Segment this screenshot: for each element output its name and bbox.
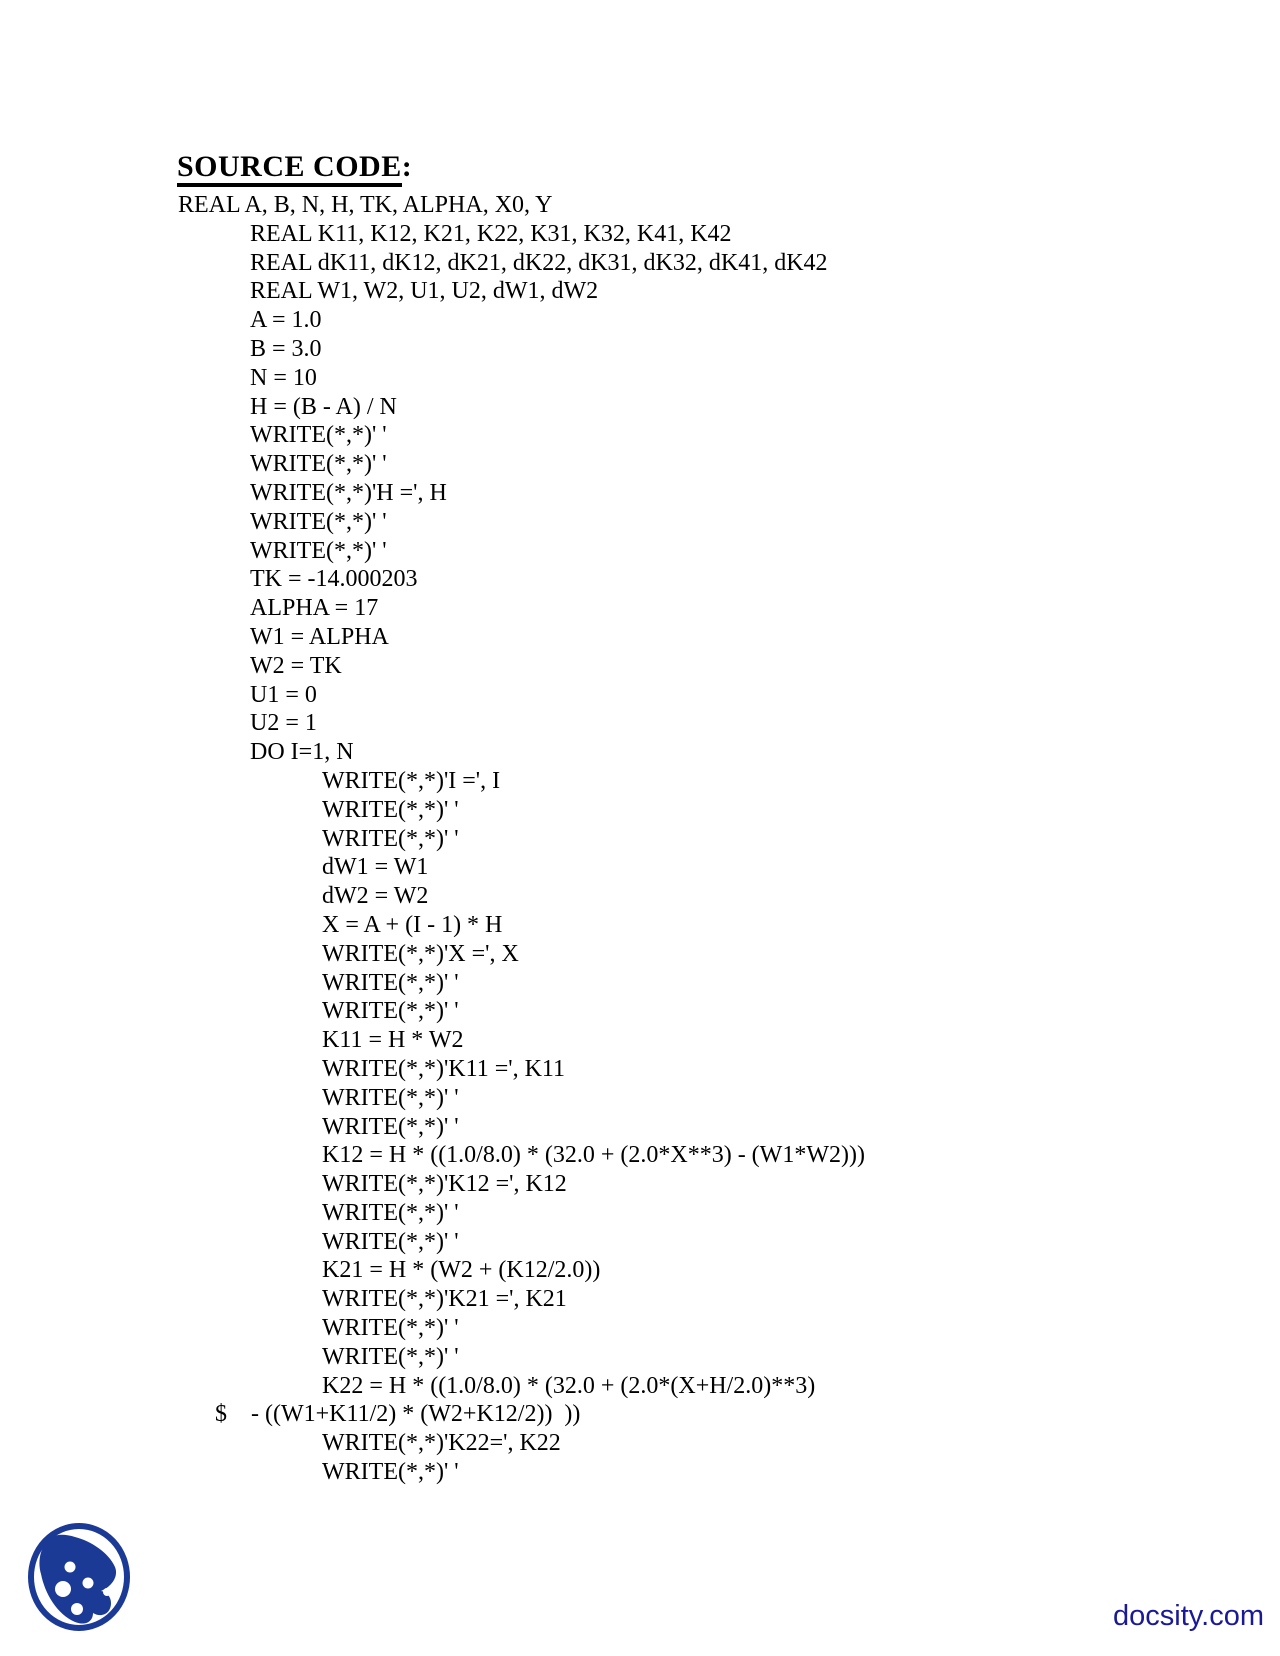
code-line: DO I=1, N <box>0 738 1280 767</box>
code-line: U1 = 0 <box>0 681 1280 710</box>
code-line: REAL dK11, dK12, dK21, dK22, dK31, dK32,… <box>0 249 1280 278</box>
code-line: WRITE(*,*)' ' <box>0 796 1280 825</box>
page-title-text: SOURCE CODE <box>177 152 402 187</box>
code-line: WRITE(*,*)' ' <box>0 508 1280 537</box>
code-line: WRITE(*,*)'X =', X <box>0 940 1280 969</box>
code-line: W1 = ALPHA <box>0 623 1280 652</box>
code-line: K11 = H * W2 <box>0 1026 1280 1055</box>
code-line: WRITE(*,*)'K22=', K22 <box>0 1429 1280 1458</box>
code-line: A = 1.0 <box>0 306 1280 335</box>
page-title-colon: : <box>402 150 413 183</box>
docsity-logo <box>27 1521 131 1633</box>
code-line: WRITE(*,*)' ' <box>0 825 1280 854</box>
code-line: WRITE(*,*)' ' <box>0 1343 1280 1372</box>
code-line: B = 3.0 <box>0 335 1280 364</box>
code-line: ALPHA = 17 <box>0 594 1280 623</box>
code-line: TK = -14.000203 <box>0 565 1280 594</box>
code-line: WRITE(*,*)' ' <box>0 1458 1280 1487</box>
code-line: WRITE(*,*)'K11 =', K11 <box>0 1055 1280 1084</box>
docsity-logo-icon <box>27 1521 131 1633</box>
code-line: WRITE(*,*)' ' <box>0 997 1280 1026</box>
source-code-block: REAL A, B, N, H, TK, ALPHA, X0, YREAL K1… <box>0 191 1280 1487</box>
code-line: REAL A, B, N, H, TK, ALPHA, X0, Y <box>0 191 1280 220</box>
page-title: SOURCE CODE: <box>177 150 1280 187</box>
code-line: N = 10 <box>0 364 1280 393</box>
code-line: WRITE(*,*)' ' <box>0 1084 1280 1113</box>
docsity-brand-link[interactable]: docsity.com <box>1113 1600 1264 1633</box>
code-line: W2 = TK <box>0 652 1280 681</box>
code-line: WRITE(*,*)' ' <box>0 537 1280 566</box>
code-line: K12 = H * ((1.0/8.0) * (32.0 + (2.0*X**3… <box>0 1141 1280 1170</box>
document-page: SOURCE CODE: REAL A, B, N, H, TK, ALPHA,… <box>0 150 1280 1487</box>
code-line: WRITE(*,*)' ' <box>0 1228 1280 1257</box>
code-line: WRITE(*,*)' ' <box>0 1314 1280 1343</box>
code-line: K21 = H * (W2 + (K12/2.0)) <box>0 1256 1280 1285</box>
code-line: H = (B - A) / N <box>0 393 1280 422</box>
code-line: WRITE(*,*)' ' <box>0 969 1280 998</box>
code-line: REAL K11, K12, K21, K22, K31, K32, K41, … <box>0 220 1280 249</box>
code-line: WRITE(*,*)'K12 =', K12 <box>0 1170 1280 1199</box>
code-line: dW2 = W2 <box>0 882 1280 911</box>
code-line: WRITE(*,*)' ' <box>0 1113 1280 1142</box>
code-line: K22 = H * ((1.0/8.0) * (32.0 + (2.0*(X+H… <box>0 1372 1280 1401</box>
code-line: dW1 = W1 <box>0 853 1280 882</box>
code-line: X = A + (I - 1) * H <box>0 911 1280 940</box>
code-line: WRITE(*,*)' ' <box>0 421 1280 450</box>
code-line: REAL W1, W2, U1, U2, dW1, dW2 <box>0 277 1280 306</box>
code-line: WRITE(*,*)'K21 =', K21 <box>0 1285 1280 1314</box>
code-line: $ - ((W1+K11/2) * (W2+K12/2)) )) <box>0 1400 1280 1429</box>
code-line: WRITE(*,*)'H =', H <box>0 479 1280 508</box>
code-line: WRITE(*,*)' ' <box>0 1199 1280 1228</box>
code-line: WRITE(*,*)' ' <box>0 450 1280 479</box>
code-line: U2 = 1 <box>0 709 1280 738</box>
code-line: WRITE(*,*)'I =', I <box>0 767 1280 796</box>
